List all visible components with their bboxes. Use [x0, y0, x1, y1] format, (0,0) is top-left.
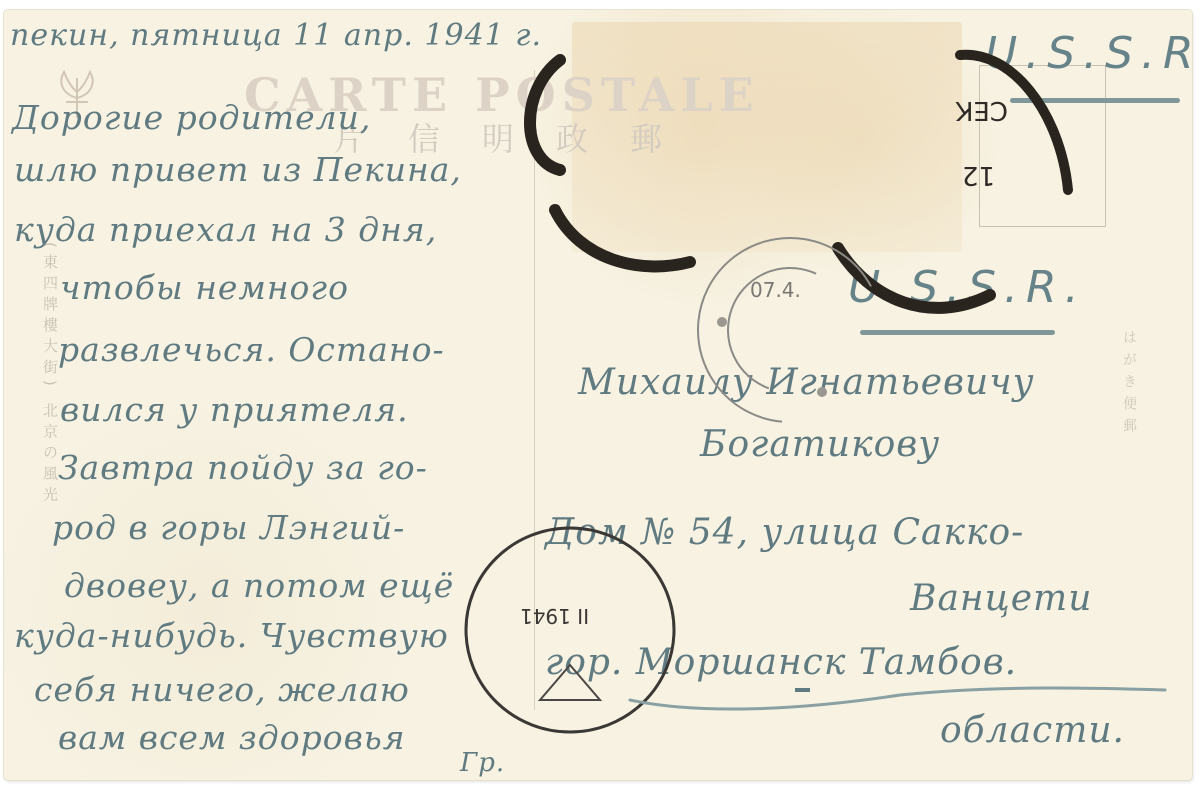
country-label-middle: U.S.S.R.: [848, 262, 1087, 313]
address-line: Михаилу Игнатьевичу: [578, 362, 1034, 403]
address-line: Богатикову: [700, 424, 940, 465]
message-line: род в горы Лэнгий-: [52, 508, 405, 547]
address-line: Дом № 54, улица Сакко-: [545, 512, 1024, 553]
address-line: Ванцети: [910, 578, 1092, 619]
message-line: вам всем здоровья: [58, 718, 406, 757]
message-line: Дорогие родители,: [12, 98, 371, 137]
address-line: области.: [940, 710, 1125, 751]
right-margin-caption: はがき便郵: [1119, 330, 1139, 440]
message-line: куда приехал на 3 дня,: [14, 210, 437, 249]
message-line: пекин, пятница 11 апр. 1941 г.: [10, 18, 542, 53]
message-line: двовеу, а потом ещё: [64, 566, 454, 605]
postmark-round-date: II 1941: [520, 604, 589, 628]
message-line: шлю привет из Пекина,: [14, 150, 462, 189]
message-line: куда-нибудь. Чувствую: [14, 616, 449, 655]
message-line: Завтра пойду за го-: [58, 448, 428, 487]
message-line: развлечься. Остано-: [58, 330, 445, 369]
postmark-fragment-text: СЕК: [955, 95, 1008, 125]
country-underline-top: [1010, 98, 1180, 103]
message-line: вился у приятеля.: [60, 390, 409, 429]
stamp-placement-box: [979, 65, 1106, 227]
country-label-top: U.S.S.R.: [985, 28, 1200, 79]
message-line: чтобы немного: [60, 268, 349, 307]
message-signature: Гр.: [460, 748, 505, 778]
country-underline-middle: [860, 330, 1055, 335]
postmark-fragment-number: 12: [962, 160, 995, 190]
address-line: гор. Моршанск Тамбов.: [545, 642, 1017, 683]
postmark-middle-text: 07.4.: [750, 278, 801, 302]
message-line: себя ничего, желаю: [34, 670, 410, 709]
